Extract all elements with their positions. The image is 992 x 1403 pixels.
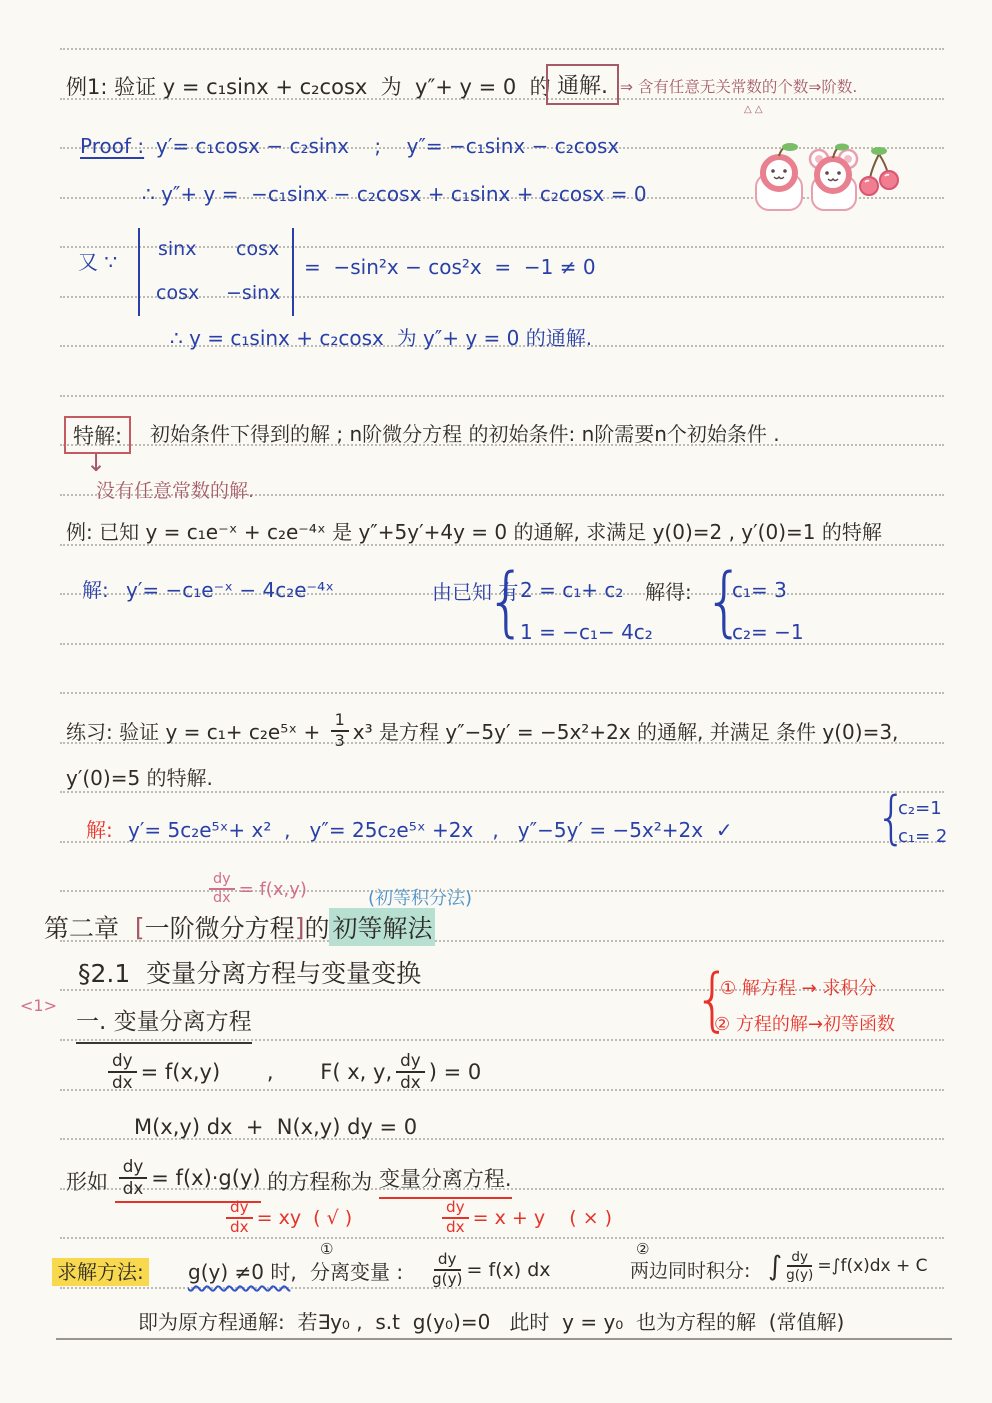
determinant-prefix: 又 ∵ [78,250,117,275]
differential-form-equation: M(x,y) dx + N(x,y) dy = 0 [134,1114,417,1140]
margin-note-arbitrary-constants: ⇒ 含有任意无关常数的个数⇒阶数. [620,78,857,97]
separate-variables-step: 分离变量 : [310,1260,403,1285]
red-note-solution-elementary: ② 方程的解→初等函数 [714,1014,895,1037]
ruled-line [60,1237,944,1239]
chapter-title-highlighted: 初等解法 [329,908,435,946]
subsection-separable-equations: 一. 变量分离方程 [76,1008,252,1044]
solution-method-label: 求解方法: [52,1260,149,1285]
example-separable-yes: dydx= xy ( √ ) [222,1200,352,1236]
fraction-one-third: 13 [331,712,349,750]
maroon-bracket-close: ] [295,913,305,942]
definition-middle: 的方程称为 [261,1166,379,1196]
ode-form-text: = f(x,y) , F( x, y, [141,1060,393,1084]
margin-page-mark: <1> [20,996,57,1016]
determinant-entry: −sinx [226,282,280,306]
chapter-title-particle: 的 [304,909,329,945]
ode-general-forms: dydx= f(x,y) , F( x, y,dydx) = 0 [104,1052,481,1091]
fraction-dy-dx: dydx [119,1158,148,1197]
system-equation-1: 2 = c₁+ c₂ [520,578,623,603]
constant-c1-value: c₁= 3 [732,578,787,603]
determinant-entry: cosx [156,282,199,306]
separable-equation-definition: 形如 dydx= f(x)·g(y) 的方程称为 变量分离方程. [66,1158,512,1203]
exercise-heading: 练习: 验证 y = c₁+ c₂e⁵ˣ + 13x³ 是方程 y″−5y′ =… [66,712,898,750]
cherry-characters-sticker [748,142,900,216]
step-two-badge: ② [636,1240,649,1259]
down-arrow-icon: ↓ [86,448,106,478]
fraction-dy-over-gy: dyg(y) [432,1252,462,1288]
fraction-dy-dx: dydx [396,1052,425,1091]
separable-form-eq: = f(x)·g(y) [151,1166,260,1190]
integral-sign: ∫ [768,1251,782,1282]
determinant-value: = −sin²x − cos²x = −1 ≠ 0 [304,255,596,280]
g-y-nonzero-wavy: g(y) ≠0 时 [188,1260,290,1284]
no-arbitrary-constants-note: 没有任意常数的解. [96,480,254,504]
fraction-dy-dx: dydx [226,1200,253,1236]
example-xy-check: = xy ( √ ) [257,1207,353,1229]
general-solution-remark: 即为原方程通解: 若∃y₀ , s.t g(y₀)=0 此时 y = y₀ 也为… [138,1310,844,1335]
step-one-badge: ① [320,1240,333,1259]
red-note-solve-equation: ① 解方程 → 求积分 [720,978,876,1001]
ode-form-close: ) = 0 [429,1060,482,1084]
integrate-both-sides-step: 两边同时积分: [630,1260,750,1284]
nonzero-condition: g(y) ≠0 时, [188,1260,297,1285]
solution-label: 解: [86,818,113,843]
chapter-number: 第二章 [44,909,135,945]
exercise-heading-line2: y′(0)=5 的特解. [66,766,213,791]
maroon-bracket-open: [ [135,913,145,942]
exercise-heading-post: x³ 是方程 y″−5y′ = −5x²+2x 的通解, 并满足 条件 y(0)… [353,716,899,745]
fraction-dy-dx: dydx [209,872,235,906]
particular-solution-definition: 初始条件下得到的解 ; n阶微分方程 的初始条件: n阶需要n个初始条件 . [150,422,780,447]
separable-term-underlined: 变量分离方程. [379,1163,512,1199]
fraction-dy-dx: dydx [442,1200,469,1236]
section-2-1-title: §2.1 变量分离方程与变量变换 [78,958,421,989]
separated-form: dyg(y)= f(x) dx [428,1252,551,1288]
ruled-line [60,890,944,892]
proof-derivatives: y′= c₁cosx − c₂sinx ; y″= −c₁sinx − c₂co… [156,134,619,159]
solution-label: 解: [82,578,109,603]
solve-result-label: 解得: [645,580,692,605]
determinant-left-bar [138,228,140,316]
separated-rhs: = f(x) dx [466,1259,550,1281]
determinant-entry: cosx [236,238,279,262]
separable-form-underlined: dydx= f(x)·g(y) [115,1158,261,1203]
example2-derivative: y′= −c₁e⁻ˣ − 4c₂e⁻⁴ˣ [126,578,334,603]
exercise-heading-pre: 练习: 验证 y = c₁+ c₂e⁵ˣ + [66,716,327,745]
boxed-term-general-solution: 通解. [546,64,619,105]
constant-c2-value: c₂= −1 [732,620,804,645]
integrated-rhs: =∫f(x)dx + C [817,1256,927,1276]
proof-sum-line: ∴ y″+ y = −c₁sinx − c₂cosx + c₁sinx + c₂… [142,182,647,207]
example1-heading: 例1: 验证 y = c₁sinx + c₂cosx 为 y″+ y = 0 的 [66,74,551,100]
definition-prefix: 形如 [66,1166,115,1196]
integrated-form: ∫dyg(y)=∫f(x)dx + C [768,1250,928,1283]
proof-label: Proof : [80,134,144,159]
fraction-dy-over-gy: dyg(y) [786,1250,813,1283]
system-equation-2: 1 = −c₁− 4c₂ [520,620,653,645]
solution-method-highlight: 求解方法: [52,1258,149,1286]
example-separable-no: dydx= x + y ( × ) [438,1200,612,1236]
determinant-right-bar [292,228,294,316]
chapter-annotation-ode-form: dydx= f(x,y) [205,872,307,906]
ruled-line [60,791,944,793]
comma: , [290,1260,296,1284]
fraction-dy-dx: dydx [108,1052,137,1091]
ruled-line [60,48,944,50]
chapter-annotation-eq: = f(x,y) [239,879,307,900]
example2-heading: 例: 已知 y = c₁e⁻ˣ + c₂e⁻⁴ˣ 是 y″+5y′+4y = 0… [66,520,882,545]
chapter-title-subject: 一阶微分方程 [145,909,295,945]
exercise-verification: y′= 5c₂e⁵ˣ+ x² , y″= 25c₂e⁵ˣ +2x , y″−5y… [128,818,733,843]
determinant-entry: sinx [158,238,196,262]
constant-c2-value: c₂=1 [898,798,942,821]
chapter-title: 第二章 [一阶微分方程]的初等解法 [44,908,435,946]
ruled-line [60,395,944,397]
bottom-margin-line [56,1338,952,1340]
constant-c1-value: c₁= 2 [898,826,947,849]
example1-conclusion: ∴ y = c₁sinx + c₂cosx 为 y″+ y = 0 的通解. [170,326,592,351]
example-x-plus-y-cross: = x + y ( × ) [473,1207,612,1229]
ruled-line [60,692,944,694]
triangle-marks: △ △ [744,104,763,117]
notebook-page: 例1: 验证 y = c₁sinx + c₂cosx 为 y″+ y = 0 的… [0,0,992,1403]
